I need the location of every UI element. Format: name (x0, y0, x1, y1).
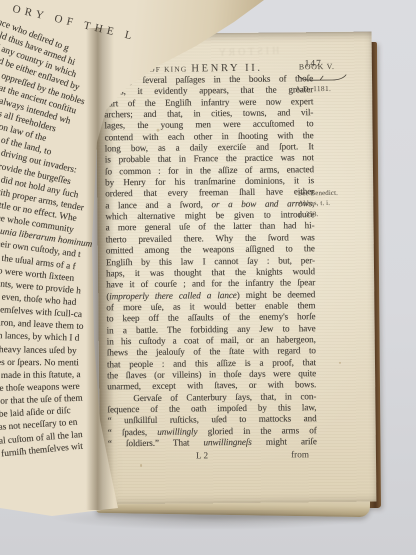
foxing-spot (339, 362, 341, 364)
catchword: from (291, 449, 309, 459)
book-shadow (50, 510, 370, 530)
book-photo-scene: HISTORY OF KING HENRY II. 147 BOOK V. A.… (0, 0, 416, 555)
printers-signature: L 2 (196, 450, 208, 460)
foxing-spot (140, 464, 142, 467)
right-page: HISTORY OF KING HENRY II. 147 BOOK V. A.… (96, 32, 377, 505)
margin-note-book: BOOK V. (299, 62, 335, 71)
text-line: “ ſoldiers.” That unwillingneſs might ar… (108, 436, 317, 450)
body-text-column: for, by ſeveral paſſages in the books of… (104, 73, 317, 450)
running-header-title: HENRY II. (191, 63, 262, 75)
signature-row: L 2 from (108, 449, 317, 463)
